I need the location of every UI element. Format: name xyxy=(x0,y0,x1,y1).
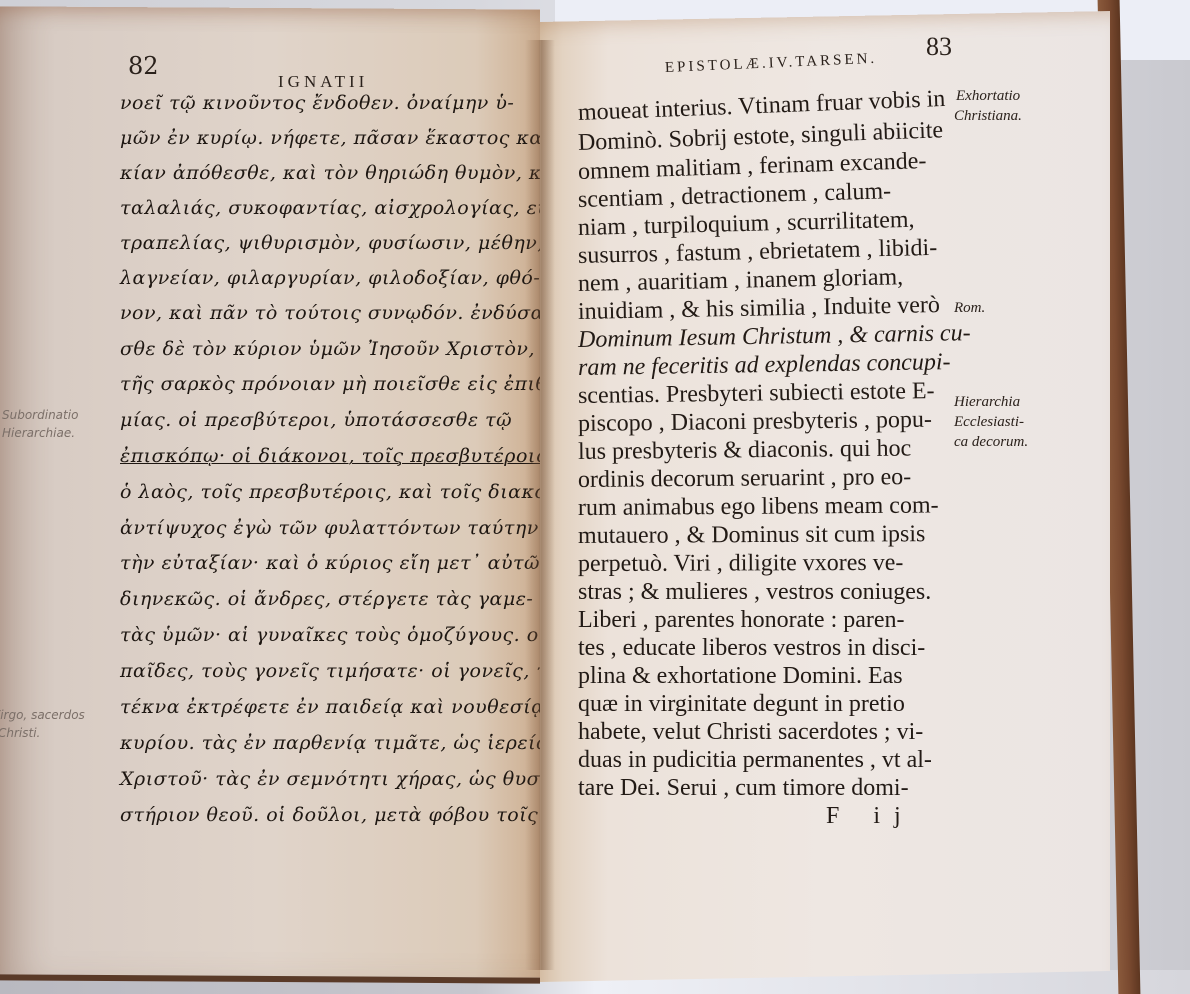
handwritten-line: διηνεκῶς. οἱ ἄνδρες, στέργετε τὰς γαμε- xyxy=(120,588,533,610)
right-margin-note-3b: Ecclesiasti- xyxy=(954,414,1024,431)
handwritten-line: τῆς σαρκὸς πρόνοιαν μὴ ποιεῖσθε εἰς ἐπιθ… xyxy=(120,373,566,395)
right-margin-note-1b: Christiana. xyxy=(954,108,1022,125)
signature-mark: F ij xyxy=(826,803,915,830)
handwritten-line: κίαν ἀπόθεσθε, καὶ τὸν θηριώδη θυμὸν, κα… xyxy=(120,162,562,184)
left-margin-note-1a: Subordinatio xyxy=(2,408,78,422)
handwritten-line: τέκνα ἐκτρέφετε ἐν παιδείᾳ καὶ νουθεσίᾳ xyxy=(120,696,545,718)
printed-line: habete, velut Christi sacerdotes ; vi- xyxy=(578,719,923,746)
left-margin-note-2a: Virgo, sacerdos xyxy=(0,708,85,722)
printed-line: quæ in virginitate degunt in pretio xyxy=(578,691,905,718)
handwritten-line: τὰς ὑμῶν· αἱ γυναῖκες τοὺς ὁμοζύγους. οἱ xyxy=(120,624,547,646)
book-gutter xyxy=(525,40,555,970)
left-margin-note-1b: Hierarchiae. xyxy=(2,426,75,440)
printed-line: stras ; & mulieres , vestros coniuges. xyxy=(578,579,931,606)
right-page-number: 83 xyxy=(926,32,952,62)
right-margin-note-2: Rom. xyxy=(954,300,985,317)
printed-line: piscopo , Diaconi presbyteris , popu- xyxy=(578,407,932,438)
left-margin-note-2b: Christi. xyxy=(0,726,40,740)
printed-line: plina & exhortatione Domini. Eas xyxy=(578,663,903,690)
handwritten-line: ἀντίψυχος ἐγὼ τῶν φυλαττόντων ταύτην xyxy=(120,517,539,539)
printed-line: perpetuò. Viri , diligite vxores ve- xyxy=(578,550,903,578)
left-page-number: 82 xyxy=(128,52,159,80)
handwritten-line: κυρίου. τὰς ἐν παρθενίᾳ τιμᾶτε, ὡς ἱερεί… xyxy=(120,732,561,754)
printed-line: tes , educate liberos vestros in disci- xyxy=(578,635,925,662)
handwritten-line: σθε δὲ τὸν κύριον ὑμῶν Ἰησοῦν Χριστὸν, κ… xyxy=(120,338,576,360)
handwritten-line: τὴν εὐταξίαν· καὶ ὁ κύριος εἴη μετ᾽ αὐτῶ… xyxy=(120,552,552,574)
handwritten-line: νοεῖ τῷ κινοῦντος ἔνδοθεν. ὀναίμην ὑ- xyxy=(120,92,514,114)
printed-line: lus presbyteris & diaconis. qui hoc xyxy=(578,436,912,466)
handwritten-line: στήριον θεοῦ. οἱ δοῦλοι, μετὰ φόβου τοῖς… xyxy=(120,804,577,826)
handwritten-line: ταλαλιάς, συκοφαντίας, αἰσχρολογίας, εὐ- xyxy=(120,197,556,219)
handwritten-line: νον, καὶ πᾶν τὸ τούτοις συνῳδόν. ἐνδύσα- xyxy=(120,302,551,324)
handwritten-line: παῖδες, τοὺς γονεῖς τιμήσατε· οἱ γονεῖς,… xyxy=(120,660,561,682)
right-margin-note-3c: ca decorum. xyxy=(954,434,1028,451)
right-margin-note-1a: Exhortatio xyxy=(956,88,1020,105)
printed-line: scentias. Presbyteri subiecti estote E- xyxy=(578,378,935,410)
printed-line: rum animabus ego libens meam com- xyxy=(578,492,939,522)
left-running-head: IGNATII xyxy=(278,72,368,92)
printed-line: mutauero , & Dominus sit cum ipsis xyxy=(578,521,925,550)
handwritten-line: τραπελίας, ψιθυρισμὸν, φυσίωσιν, μέθην, xyxy=(120,232,544,254)
handwritten-line: μῶν ἐν κυρίῳ. νήφετε, πᾶσαν ἕκαστος κα- xyxy=(120,127,550,149)
handwritten-line: μίας. οἱ πρεσβύτεροι, ὑποτάσσεσθε τῷ xyxy=(120,409,512,431)
printed-line: Liberi , parentes honorate : paren- xyxy=(578,607,905,634)
handwritten-line: Χριστοῦ· τὰς ἐν σεμνότητι χήρας, ὡς θυσι… xyxy=(120,768,568,790)
right-margin-note-3a: Hierarchia xyxy=(954,394,1020,411)
printed-line: duas in pudicitia permanentes , vt al- xyxy=(578,747,932,774)
printed-line: tare Dei. Serui , cum timore domi- xyxy=(578,775,909,802)
printed-line: ordinis decorum seruarint , pro eo- xyxy=(578,464,911,494)
handwritten-line: ἐπισκόπῳ· οἱ διάκονοι, τοῖς πρεσβυτέροις… xyxy=(120,445,554,467)
handwritten-line: λαγνείαν, φιλαργυρίαν, φιλοδοξίαν, φθό- xyxy=(120,267,540,289)
